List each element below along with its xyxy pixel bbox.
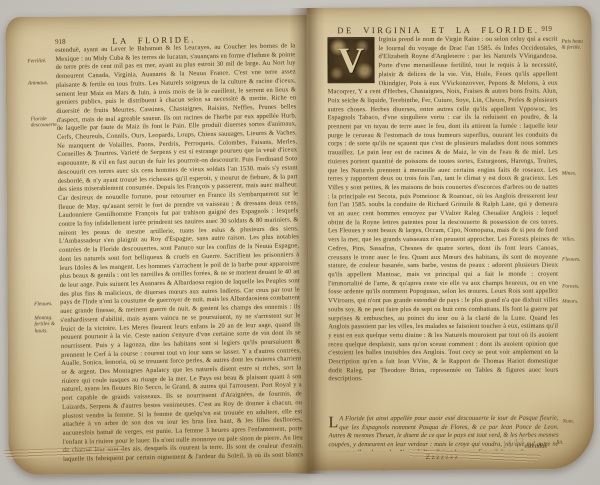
margin-note: Fertilité. <box>27 58 53 65</box>
right-body-first-paragraph: Irginia prend le nom de Virgin Raine : o… <box>328 36 559 383</box>
margin-note: Forests. <box>562 284 588 290</box>
signature-mark: Zzzzzzz <box>329 453 557 462</box>
paragraph-initial-letter: L <box>328 415 338 430</box>
margin-note: Floride descouuerte. <box>31 116 57 129</box>
margin-note: Villes. <box>562 237 588 243</box>
margin-note: Animaux. <box>28 80 54 87</box>
left-page-content: 918 LA FLORIDE. Fertilité. Animaux. Flor… <box>3 13 314 477</box>
right-body-text: VIrginia prend le nom de Virgin Raine : … <box>327 36 558 412</box>
margin-note: Mœurs. <box>562 299 588 305</box>
drop-cap-letter: V <box>338 40 364 80</box>
right-folio-number: 919 <box>541 25 552 33</box>
margin-note: Mines. <box>562 171 588 177</box>
left-body-text: estenduë, ayant au Lever le Bahaman & le… <box>55 42 303 465</box>
book-photo-scene: 918 LA FLORIDE. Fertilité. Animaux. Flor… <box>0 0 600 485</box>
margin-note: Fleuues. <box>562 257 588 263</box>
margin-note: Montag. fertiles & hauts. <box>34 315 60 335</box>
margin-note: Pais beau & fertile. <box>561 39 587 52</box>
margin-note: Sit. <box>557 440 583 446</box>
margin-note: Nom. <box>562 419 588 425</box>
right-running-title: DE VIRGINIA ET LA FLORIDE. <box>313 25 563 36</box>
catchword: estenduë <box>525 443 548 450</box>
open-book-spread: 918 LA FLORIDE. Fertilité. Animaux. Flor… <box>5 6 594 479</box>
left-page: 918 LA FLORIDE. Fertilité. Animaux. Flor… <box>5 15 310 475</box>
margin-note: Fleuues. <box>34 301 60 308</box>
drop-cap-initial-block: V <box>327 37 374 83</box>
right-page-content: DE VIRGINIA ET LA FLORIDE. 919 VIrginia … <box>307 7 593 471</box>
right-page: DE VIRGINIA ET LA FLORIDE. 919 VIrginia … <box>306 6 594 471</box>
